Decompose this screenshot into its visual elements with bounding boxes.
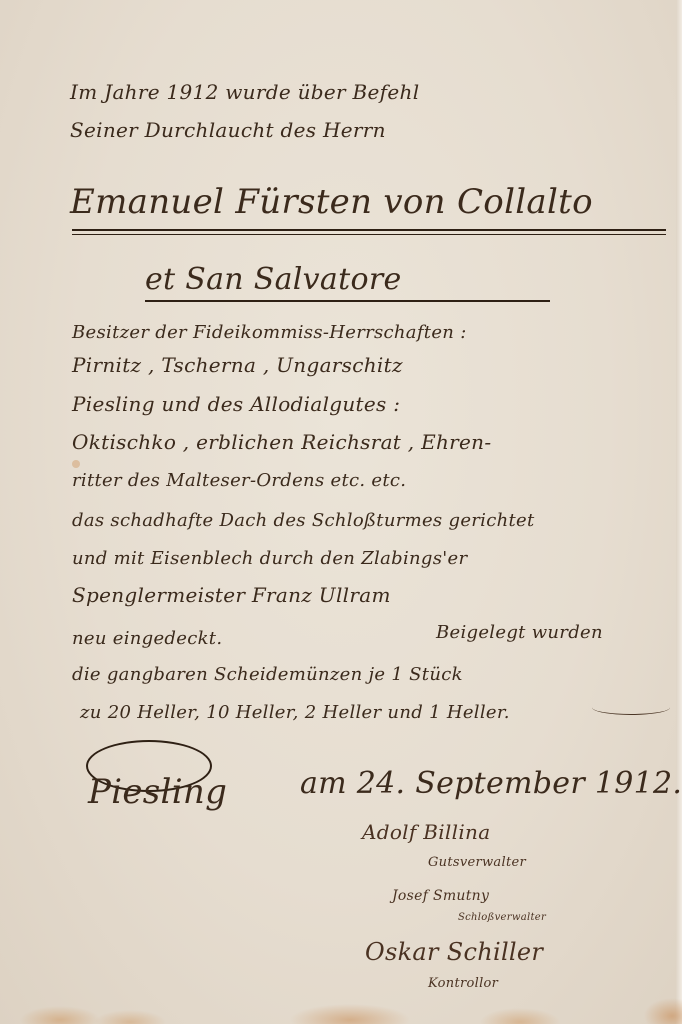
- name-continued-underline: [145, 300, 550, 302]
- text-line-7: Piesling und des Allodialgutes :: [72, 392, 400, 416]
- name-heading: Emanuel Fürsten von Collalto: [70, 182, 593, 222]
- name-heading-continued: et San Salvatore: [145, 262, 402, 297]
- text-line-8: Oktischko , erblichen Reichsrat , Ehren-: [72, 430, 491, 454]
- text-line-6: Pirnitz , Tscherna , Ungarschitz: [72, 353, 403, 377]
- text-line-10: das schadhafte Dach des Schloßturmes ger…: [72, 510, 535, 531]
- text-line-14: Beigelegt wurden: [436, 622, 603, 643]
- place: Piesling: [88, 772, 227, 812]
- name-underline: [72, 229, 666, 231]
- signature-2-title: Schloßverwalter: [458, 912, 546, 923]
- signature-2-name: Josef Smutny: [392, 888, 489, 904]
- signature-3-name: Oskar Schiller: [365, 938, 543, 966]
- text-line-5: Besitzer der Fideikommiss-Herrschaften :: [72, 322, 467, 343]
- text-line-9: ritter des Malteser-Ordens etc. etc.: [72, 470, 406, 491]
- flourish: [592, 700, 670, 715]
- text-line-11: und mit Eisenblech durch den Zlabings'er: [72, 548, 467, 569]
- text-line-15: die gangbaren Scheidemünzen je 1 Stück: [72, 664, 463, 685]
- signature-1-title: Gutsverwalter: [428, 855, 526, 870]
- text-line-1: Im Jahre 1912 wurde über Befehl: [70, 80, 419, 104]
- page-edge: [676, 0, 682, 1024]
- foxing-spot: [72, 460, 80, 468]
- document-page: Im Jahre 1912 wurde über Befehl Seiner D…: [0, 0, 682, 1024]
- name-underline-thin: [72, 234, 666, 235]
- water-stain: [0, 996, 682, 1024]
- text-line-2: Seiner Durchlaucht des Herrn: [70, 118, 386, 142]
- signature-3-title: Kontrollor: [428, 976, 498, 991]
- text-line-13: neu eingedeckt.: [72, 628, 222, 649]
- date: am 24. September 1912.: [300, 766, 682, 801]
- signature-1-name: Adolf Billina: [362, 820, 490, 844]
- text-line-12: Spenglermeister Franz Ullram: [72, 583, 391, 607]
- text-line-16: zu 20 Heller, 10 Heller, 2 Heller und 1 …: [80, 702, 510, 723]
